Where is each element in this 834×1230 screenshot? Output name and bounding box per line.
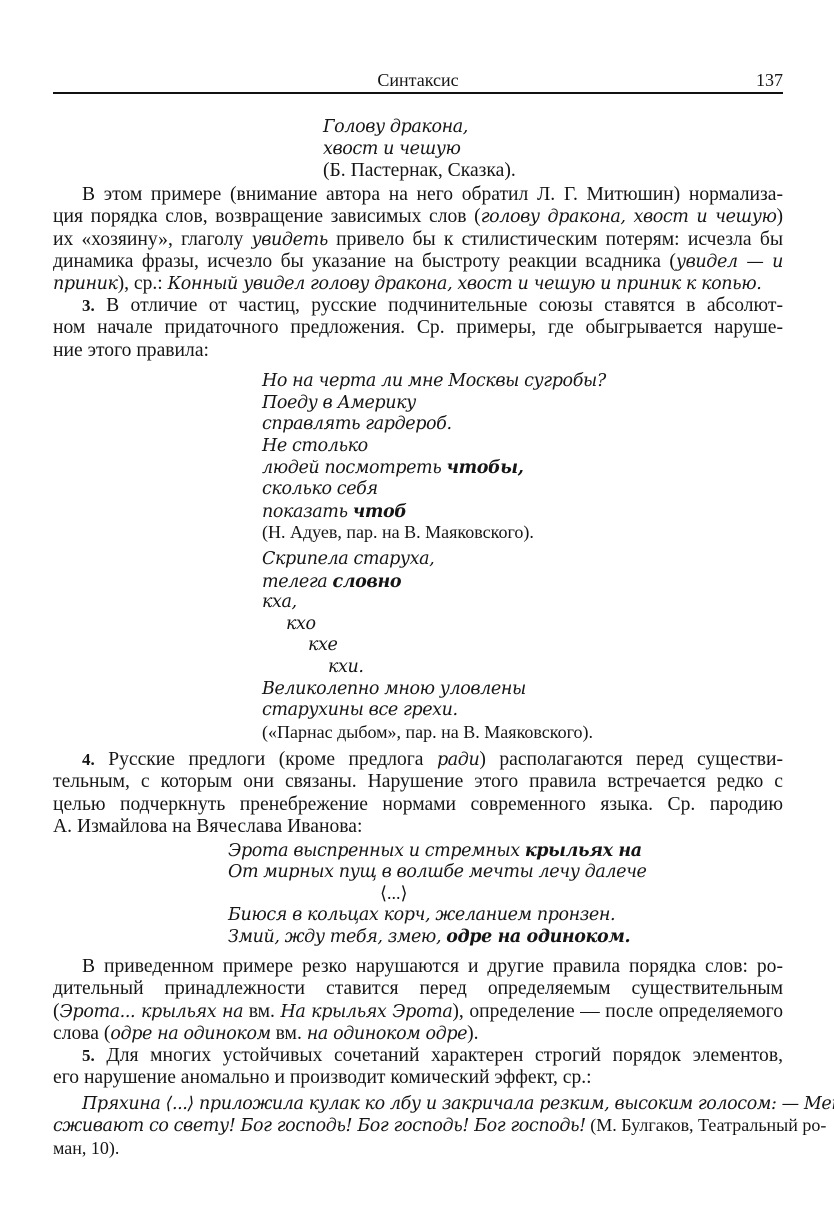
verse-line: Голову дракона,	[323, 117, 516, 139]
paragraph-5-fixed-expressions: 5. Для многих устойчивых сочетаний харак…	[53, 1045, 783, 1090]
chapter-title: Синтаксис	[53, 70, 783, 91]
verse-line: От мирных пущ в волшбе мечты лечу далече	[228, 862, 647, 884]
verse-line: Биюся в кольцах корч, желанием пронзен.	[228, 905, 647, 927]
verse-line: кхе	[262, 635, 593, 657]
text-line: целью подчеркнуть пренебрежение нормами …	[53, 794, 783, 816]
verse-line: телега словно	[262, 571, 593, 593]
text-line: ман, 10).	[53, 1137, 783, 1159]
text-line: его нарушение аномально и производит ком…	[53, 1067, 783, 1089]
text-line: дительный принадлежности ставится перед …	[53, 978, 783, 1000]
verse-line: Скрипела старуха,	[262, 549, 593, 571]
paragraph-3-conjunctions: 3. В отличие от частиц, русские подчинит…	[53, 295, 783, 362]
poem-parnas-dybom: Скрипела старуха, телега словно кха, кхо…	[262, 549, 593, 743]
text-line: ция порядка слов, возвращение зависимых …	[53, 206, 783, 228]
verse-line: кхи.	[262, 657, 593, 679]
text-line: А. Измайлова на Вячеслава Иванова:	[53, 816, 783, 838]
text-line: ном начале придаточного предложения. Ср.…	[53, 317, 783, 339]
item-number: 3.	[82, 296, 95, 315]
paragraph-normalization: В этом примере (внимание автора на него …	[53, 184, 783, 295]
verse-line: Великолепно мною уловлены	[262, 679, 593, 701]
text-line: 5. Для многих устойчивых сочетаний харак…	[53, 1045, 783, 1067]
page-number: 137	[756, 70, 783, 91]
quote-bulgakov: Пряхина ⟨...⟩ приложила кулак ко лбу и з…	[53, 1092, 783, 1159]
text-line: приник), ср.: Конный увидел голову драко…	[53, 273, 783, 295]
text-line: сживают со свету! Бог господь! Бог госпо…	[53, 1114, 783, 1136]
running-head: Синтаксис 137	[53, 70, 783, 92]
text-line: слова (одре на одиноком вм. на одиноком …	[53, 1023, 783, 1045]
verse-line: сколько себя	[262, 479, 606, 501]
verse-line: кхо	[262, 614, 593, 636]
verse-line: Эрота выспренных и стремных крыльях на	[228, 840, 647, 862]
item-number: 4.	[82, 750, 95, 769]
paragraph-4-prepositions: 4. Русские предлоги (кроме предлога ради…	[53, 749, 783, 838]
text-line: 3. В отличие от частиц, русские подчинит…	[53, 295, 783, 317]
paragraph-other-rules: В приведенном примере резко нарушаются и…	[53, 956, 783, 1045]
verse-line: хвост и чешую	[323, 139, 516, 161]
text-line: Пряхина ⟨...⟩ приложила кулак ко лбу и з…	[53, 1092, 783, 1114]
verse-line: Не столько	[262, 436, 606, 458]
text-line: (Эрота... крыльях на вм. На крыльях Эрот…	[53, 1001, 783, 1023]
verse-source: («Парнас дыбом», пар. на В. Маяковского)…	[262, 722, 593, 744]
verse-line: показать чтоб	[262, 501, 606, 523]
text-line: ние этого правила:	[53, 340, 783, 362]
poem-izmailov-parody: Эрота выспренных и стремных крыльях на О…	[228, 840, 647, 948]
book-page: Синтаксис 137 Голову дракона, хвост и че…	[0, 0, 834, 1230]
text-line: тельным, с которым они связаны. Нарушени…	[53, 771, 783, 793]
verse-line: кха,	[262, 592, 593, 614]
verse-source: (Б. Пастернак, Сказка).	[323, 160, 516, 182]
ellipsis: ⟨...⟩	[228, 883, 647, 905]
text-line: В этом примере (внимание автора на него …	[53, 184, 783, 206]
text-line: 4. Русские предлоги (кроме предлога ради…	[53, 749, 783, 771]
verse-line: людей посмотреть чтобы,	[262, 457, 606, 479]
verse-line: старухины все грехи.	[262, 700, 593, 722]
poem-aduev: Но на черта ли мне Москвы сугробы? Поеду…	[262, 371, 606, 544]
poem-pasternak: Голову дракона, хвост и чешую (Б. Пастер…	[323, 117, 516, 182]
verse-line: Змий, жду тебя, змею, одре на одиноком.	[228, 926, 647, 948]
verse-source: (Н. Адуев, пар. на В. Маяковского).	[262, 522, 606, 544]
verse-line: Поеду в Америку	[262, 393, 606, 415]
verse-line: справлять гардероб.	[262, 414, 606, 436]
text-line: динамика фразы, исчезло бы указание на б…	[53, 251, 783, 273]
header-rule	[53, 92, 783, 94]
verse-line: Но на черта ли мне Москвы сугробы?	[262, 371, 606, 393]
text-line: их «хозяину», глаголу увидеть привело бы…	[53, 229, 783, 251]
item-number: 5.	[82, 1046, 95, 1065]
text-line: В приведенном примере резко нарушаются и…	[53, 956, 783, 978]
